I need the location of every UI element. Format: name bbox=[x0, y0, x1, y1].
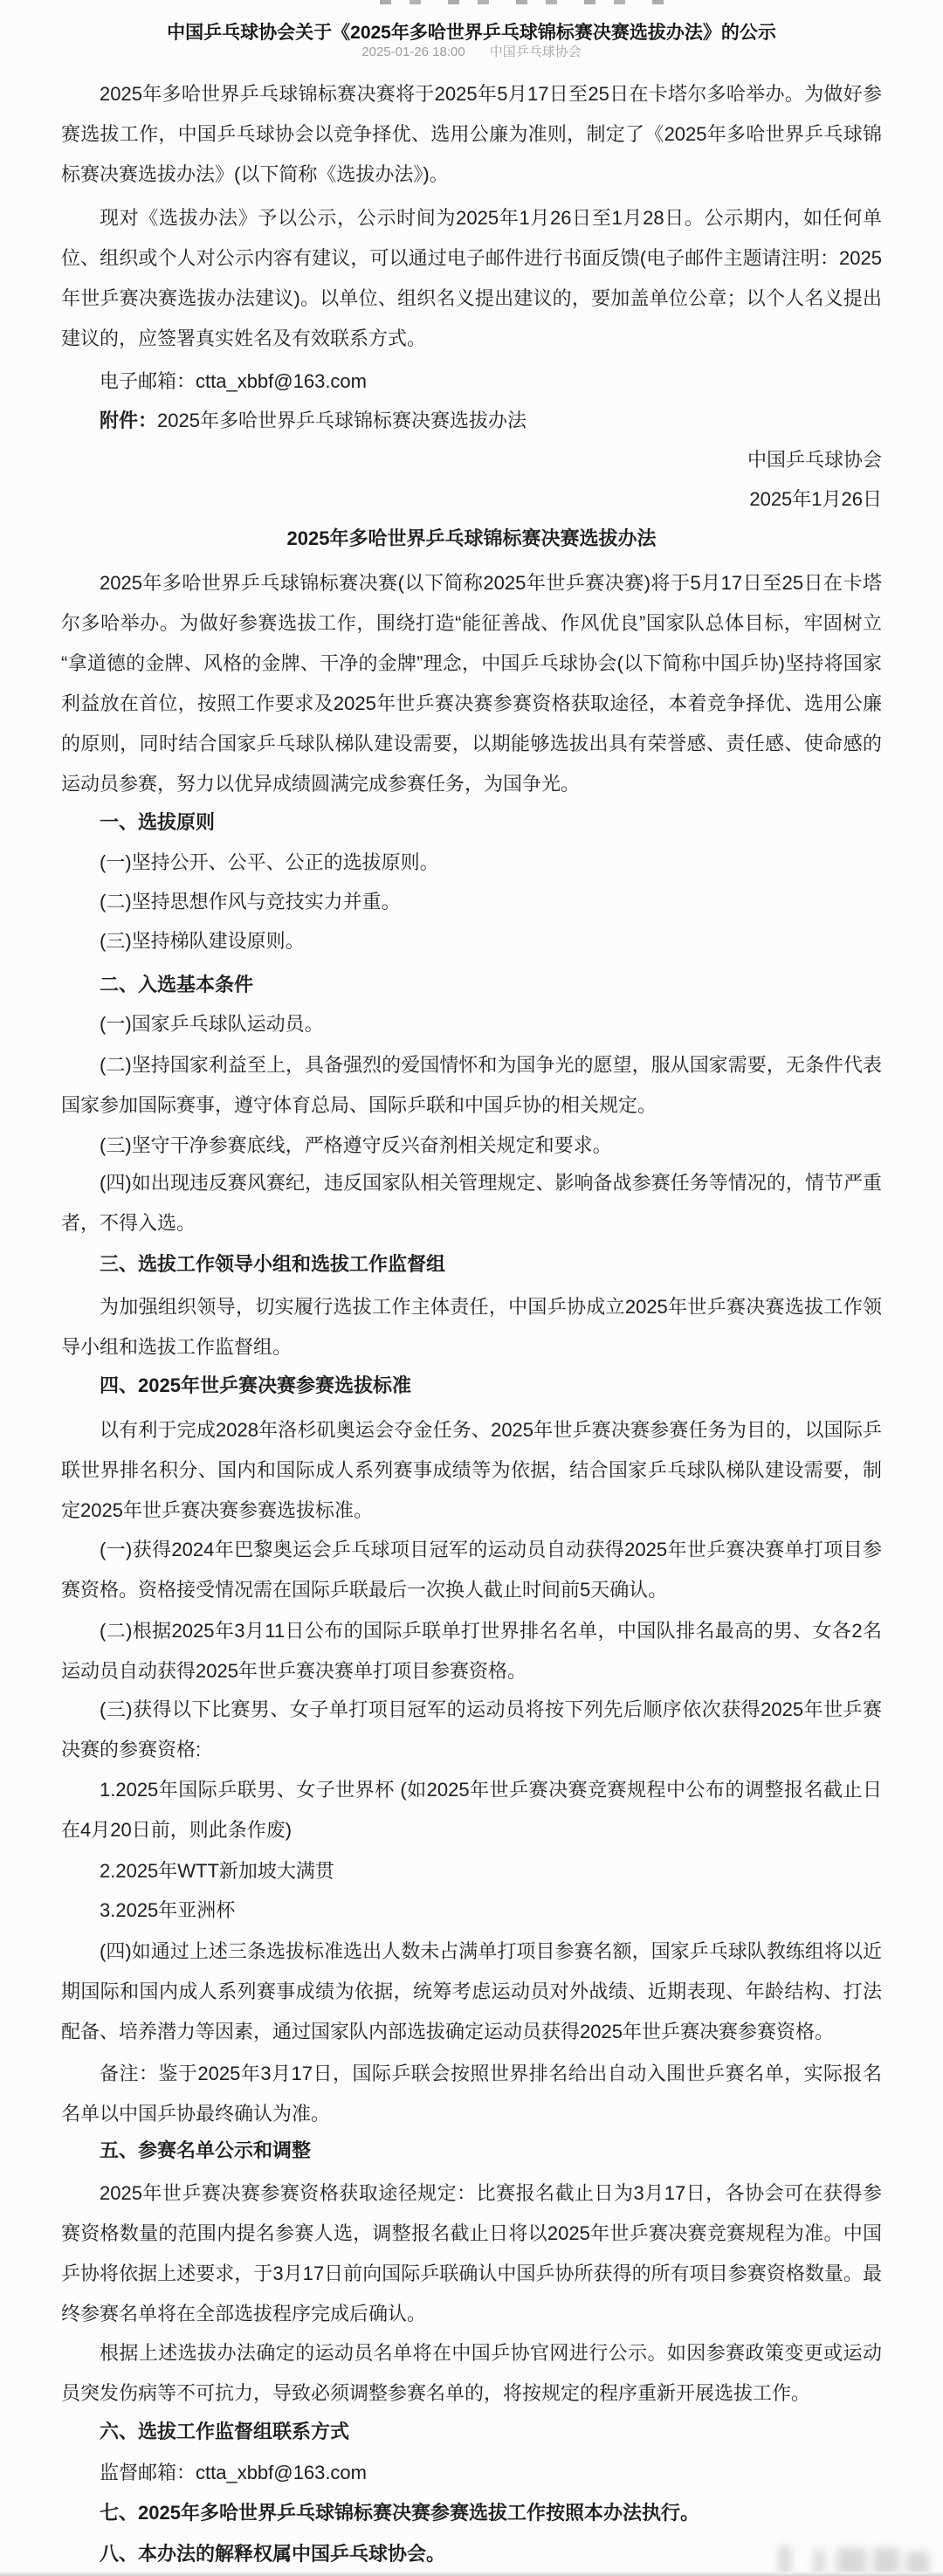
section-7-heading: 七、2025年多哈世界乒乓球锦标赛决赛参赛选拔工作按照本办法执行。 bbox=[61, 2493, 882, 2533]
publish-source: 中国乒乓球协会 bbox=[490, 45, 582, 59]
attachment-line: 附件：2025年多哈世界乒乓球锦标赛决赛选拔办法 bbox=[61, 401, 882, 441]
section-5-paragraph-2: 根据上述选拔办法确定的运动员名单将在中国乒协官网进行公示。如因参赛政策变更或运动… bbox=[61, 2333, 882, 2414]
section-1-heading: 一、选拔原则 bbox=[61, 802, 882, 843]
attachment-name: 2025年多哈世界乒乓球锦标赛决赛选拔办法 bbox=[157, 410, 527, 431]
section-1-item-3: (三)坚持梯队建设原则。 bbox=[61, 921, 882, 961]
section-4-subitem-3: 3.2025年亚洲杯 bbox=[61, 1891, 882, 1931]
section-5-paragraph-1: 2025年世乒赛决赛参赛资格获取途径规定：比赛报名截止日为3月17日，各协会可在… bbox=[61, 2173, 882, 2334]
section-2-item-2: (二)坚持国家利益至上，具备强烈的爱国情怀和为国争光的愿望，服从国家需要，无条件… bbox=[61, 1045, 882, 1126]
bottom-edge-shade bbox=[0, 2572, 943, 2576]
section-4-subitem-2: 2.2025年WTT新加坡大满贯 bbox=[61, 1851, 882, 1891]
section-5-heading: 五、参赛名单公示和调整 bbox=[61, 2131, 882, 2171]
section-2-item-3: (三)坚守干净参赛底线，严格遵守反兴奋剂相关规定和要求。 bbox=[61, 1126, 882, 1166]
section-4-note: 备注：鉴于2025年3月17日，国际乒联会按照世界排名给出自动入围世乒赛名单，实… bbox=[61, 2054, 882, 2134]
article-page: 中国乒乓球协会关于《2025年多哈世界乒乓球锦标赛决赛选拔办法》的公示 2025… bbox=[0, 0, 943, 2576]
measures-intro: 2025年多哈世界乒乓球锦标赛决赛(以下简称2025年世乒赛决赛)将于5月17日… bbox=[61, 563, 882, 804]
signature-date: 2025年1月26日 bbox=[61, 479, 882, 520]
publish-datetime: 2025-01-26 18:00 bbox=[361, 45, 465, 59]
section-4-item-2: (二)根据2025年3月11日公布的国际乒联单打世界排名名单，中国队排名最高的男… bbox=[61, 1611, 882, 1691]
section-4-heading: 四、2025年世乒赛决赛参赛选拔标准 bbox=[61, 1366, 882, 1406]
section-4-item-1: (一)获得2024年巴黎奥运会乒乓球项目冠军的运动员自动获得2025年世乒赛决赛… bbox=[61, 1530, 882, 1610]
attachment-label: 附件： bbox=[100, 410, 157, 431]
supervision-email-line: 监督邮箱：ctta_xbbf@163.com bbox=[61, 2453, 882, 2493]
section-3-body: 为加强组织领导，切实履行选拔工作主体责任，中国乒协成立2025年世乒赛决赛选拔工… bbox=[61, 1287, 882, 1367]
section-8-heading: 八、本办法的解释权属中国乒乓球协会。 bbox=[61, 2534, 882, 2574]
notice-paragraph-1: 2025年多哈世界乒乓球锦标赛决赛将于2025年5月17日至25日在卡塔尔多哈举… bbox=[61, 74, 882, 195]
section-4-intro: 以有利于完成2028年洛杉矶奥运会夺金任务、2025年世乒赛决赛参赛任务为目的，… bbox=[61, 1410, 882, 1531]
notice-paragraph-2: 现对《选拔办法》予以公示，公示时间为2025年1月26日至1月28日。公示期内，… bbox=[61, 198, 882, 359]
top-cropped-text-fragment bbox=[380, 0, 677, 4]
section-4-item-4: (四)如通过上述三条选拔标准选出人数未占满单打项目参赛名额，国家乒乓球队教练组将… bbox=[61, 1932, 882, 2052]
contact-email-line: 电子邮箱：ctta_xbbf@163.com bbox=[61, 362, 882, 402]
section-1-item-1: (一)坚持公开、公平、公正的选拔原则。 bbox=[61, 843, 882, 883]
section-2-item-1: (一)国家乒乓球队运动员。 bbox=[61, 1004, 882, 1044]
article-meta: 2025-01-26 18:00中国乒乓球协会 bbox=[0, 42, 943, 63]
section-4-subitem-1: 1.2025年国际乒联男、女子世界杯 (如2025年世乒赛决赛竞赛规程中公布的调… bbox=[61, 1770, 882, 1850]
measures-title: 2025年多哈世界乒乓球锦标赛决赛选拔办法 bbox=[61, 519, 882, 559]
section-6-heading: 六、选拔工作监督组联系方式 bbox=[61, 2412, 882, 2452]
bottom-right-watermark bbox=[779, 2532, 936, 2576]
section-3-heading: 三、选拔工作领导小组和选拔工作监督组 bbox=[61, 1244, 882, 1285]
section-2-heading: 二、入选基本条件 bbox=[61, 965, 882, 1005]
section-1-item-2: (二)坚持思想作风与竞技实力并重。 bbox=[61, 882, 882, 922]
section-2-item-4: (四)如出现违反赛风赛纪，违反国家队相关管理规定、影响备战参赛任务等情况的，情节… bbox=[61, 1163, 882, 1243]
signature-org: 中国乒乓球协会 bbox=[61, 440, 882, 480]
section-4-item-3: (三)获得以下比赛男、女子单打项目冠军的运动员将按下列先后顺序依次获得2025年… bbox=[61, 1690, 882, 1770]
